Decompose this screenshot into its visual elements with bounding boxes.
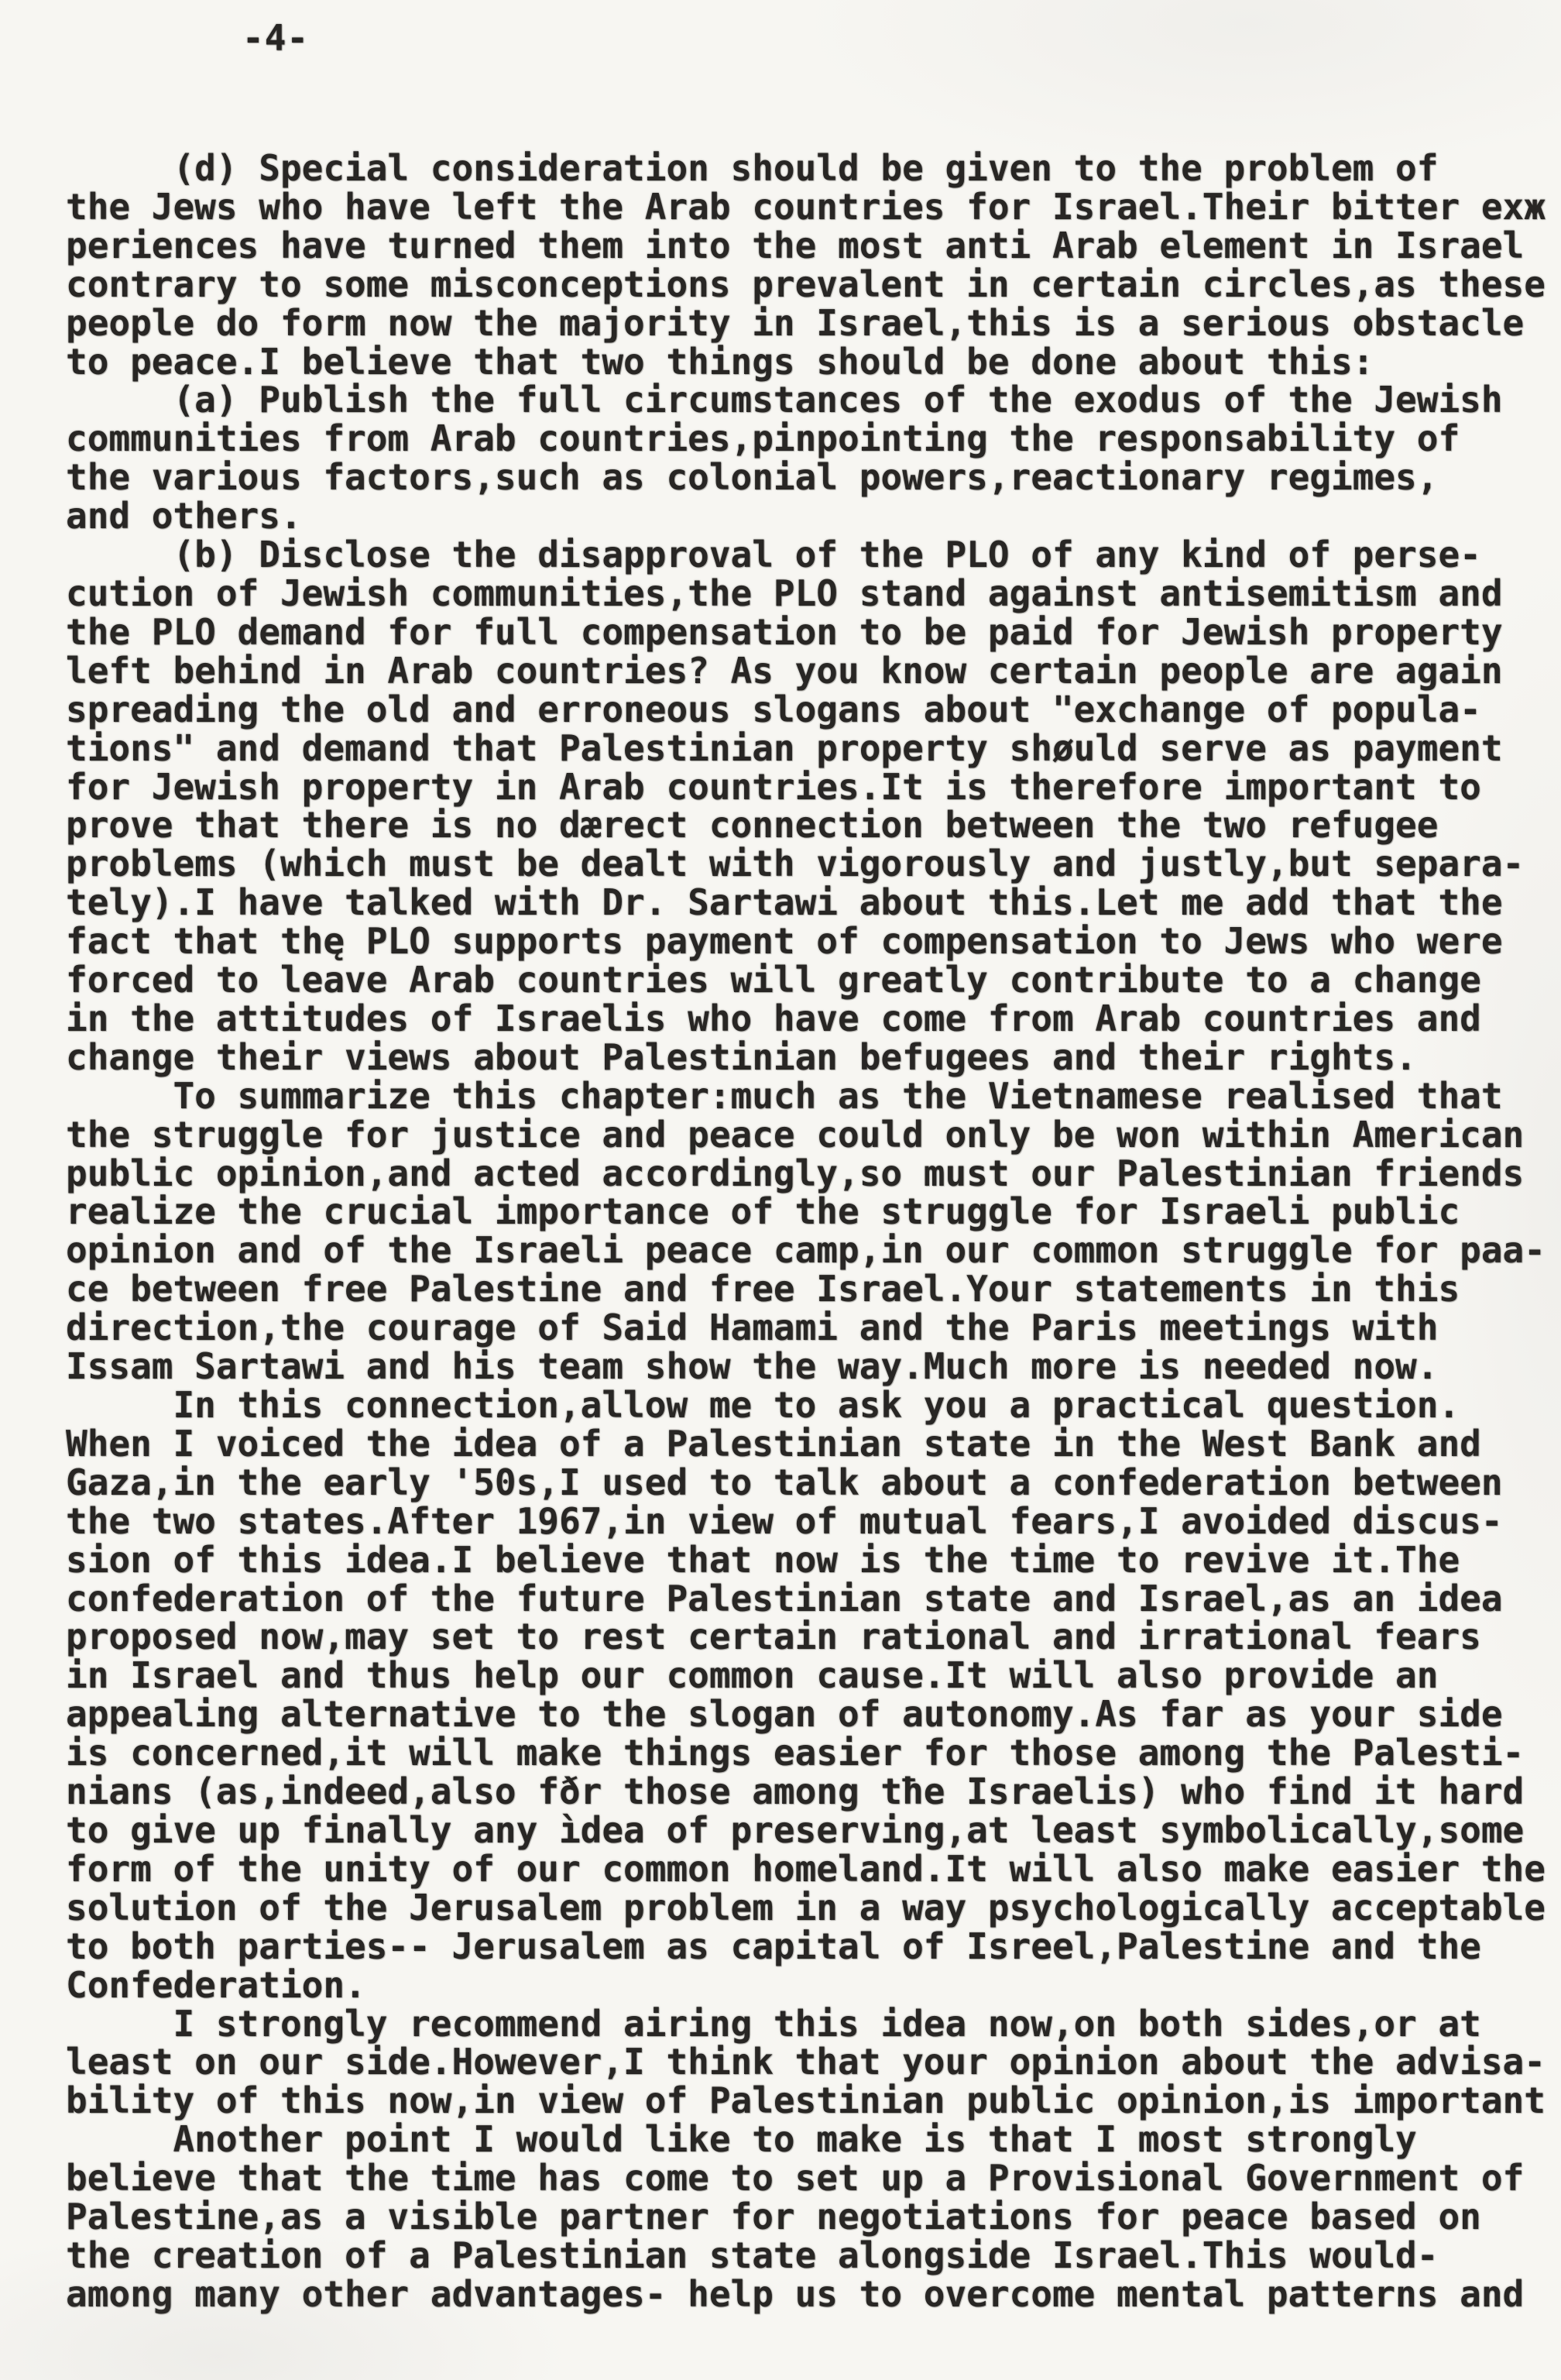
text-line: in Israel and thus help our common cause… (66, 1657, 1560, 1695)
text-line: people do form now the majority in Israe… (66, 304, 1560, 343)
text-line: is concerned,it will make things easier … (66, 1734, 1560, 1773)
text-line: appealing alternative to the slogan of a… (66, 1695, 1560, 1734)
text-line: contrary to some misconceptions prevalen… (66, 266, 1560, 304)
text-line: public opinion,and acted accordingly,so … (66, 1155, 1560, 1193)
text-line: To summarize this chapter:much as the Vi… (66, 1077, 1560, 1116)
text-line: Confederation. (66, 1966, 1560, 2005)
text-line: When I voiced the idea of a Palestinian … (66, 1425, 1560, 1464)
text-line: form of the unity of our common homeland… (66, 1850, 1560, 1889)
text-line: to both parties-- Jerusalem as capital o… (66, 1928, 1560, 1966)
text-line: the struggle for justice and peace could… (66, 1116, 1560, 1155)
text-line: tions" and demand that Palestinian prope… (66, 730, 1560, 768)
text-line: realize the crucial importance of the st… (66, 1193, 1560, 1231)
text-line: spreading the old and erroneous slogans … (66, 691, 1560, 730)
text-line: opinion and of the Israeli peace camp,in… (66, 1231, 1560, 1270)
text-line: the two states.After 1967,in view of mut… (66, 1503, 1560, 1541)
text-line: communities from Arab countries,pinpoint… (66, 420, 1560, 458)
text-line: Palestine,as a visible partner for negot… (66, 2198, 1560, 2237)
text-line: fact that thę PLO supports payment of co… (66, 922, 1560, 961)
page-number: -4- (242, 17, 309, 59)
text-line: the creation of a Palestinian state alon… (66, 2237, 1560, 2275)
text-line: to give up finally any ìdea of preservin… (66, 1812, 1560, 1850)
text-line: and others. (66, 497, 1560, 536)
text-line: bility of this now,in view of Palestinia… (66, 2082, 1560, 2121)
text-line: (d) Special consideration should be give… (66, 149, 1560, 188)
text-line: believe that the time has come to set up… (66, 2159, 1560, 2198)
text-line: among many other advantages- help us to … (66, 2275, 1560, 2314)
text-line: in the attitudes of Israelis who have co… (66, 1000, 1560, 1039)
text-line: I strongly recommend airing this idea no… (66, 2005, 1560, 2044)
text-line: prove that there is no dærect connection… (66, 806, 1560, 845)
text-line: tely).I have talked with Dr. Sartawi abo… (66, 884, 1560, 922)
text-line: for Jewish property in Arab countries.It… (66, 768, 1560, 807)
text-line: forced to leave Arab countries will grea… (66, 961, 1560, 1000)
text-line: the various factors,such as colonial pow… (66, 458, 1560, 497)
text-line: In this connection,allow me to ask you a… (66, 1386, 1560, 1425)
text-line: Another point I would like to make is th… (66, 2121, 1560, 2159)
text-line: periences have turned them into the most… (66, 227, 1560, 266)
text-line: Gaza,in the early '50s,I used to talk ab… (66, 1464, 1560, 1503)
text-line: ce between free Palestine and free Israe… (66, 1270, 1560, 1309)
text-line: the Jews who have left the Arab countrie… (66, 188, 1560, 227)
text-line: (a) Publish the full circumstances of th… (66, 381, 1560, 420)
text-line: change their views about Palestinian bef… (66, 1039, 1560, 1077)
text-line: nians (as,indeed,also fðr those among tħ… (66, 1773, 1560, 1812)
text-line: (b) Disclose the disapproval of the PLO … (66, 536, 1560, 575)
document-page: -4- (d) Special consideration should be … (0, 0, 1561, 2380)
text-line: direction,the courage of Said Hamami and… (66, 1309, 1560, 1348)
text-line: Issam Sartawi and his team show the way.… (66, 1348, 1560, 1386)
text-line: least on our side.However,I think that y… (66, 2043, 1560, 2082)
text-line: problems (which must be dealt with vigor… (66, 845, 1560, 884)
text-line: solution of the Jerusalem problem in a w… (66, 1889, 1560, 1928)
text-line: cution of Jewish communities,the PLO sta… (66, 575, 1560, 613)
text-line: confederation of the future Palestinian … (66, 1580, 1560, 1619)
text-line: left behind in Arab countries? As you kn… (66, 652, 1560, 691)
text-line: to peace.I believe that two things shoul… (66, 343, 1560, 382)
text-line: proposed now,may set to rest certain rat… (66, 1618, 1560, 1657)
text-line: sion of this idea.I believe that now is … (66, 1541, 1560, 1580)
document-text: (d) Special consideration should be give… (66, 149, 1560, 2314)
text-line: the PLO demand for full compensation to … (66, 613, 1560, 652)
